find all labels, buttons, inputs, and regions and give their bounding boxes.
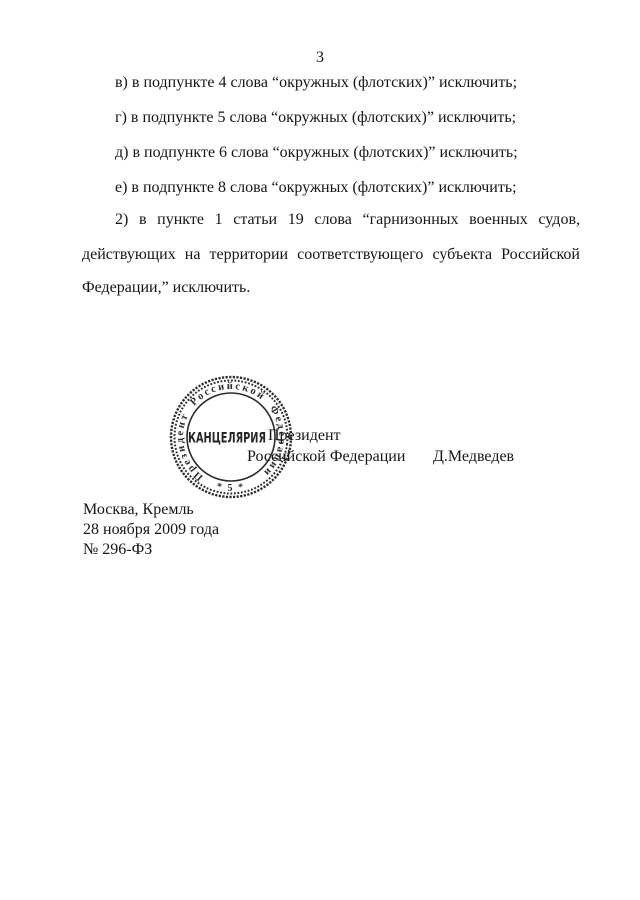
page-number: 3 xyxy=(0,48,640,68)
document-page: 3 в) в подпункте 4 слова “окружных (флот… xyxy=(0,0,640,900)
stamp-bottom-text: * 5 * xyxy=(215,481,246,494)
footer-place: Москва, Кремль xyxy=(83,500,219,520)
footer-date: 28 ноября 2009 года xyxy=(83,520,219,540)
signature-name: Д.Медведев xyxy=(433,447,514,467)
signature-title-line2: Российской Федерации xyxy=(247,447,405,467)
law-subitem-e: е) в подпункте 8 слова “окружных (флотск… xyxy=(115,178,517,198)
paragraph2-line3: Федерации,” исключить. xyxy=(82,278,580,298)
paragraph2-line2: действующих на территории соответствующе… xyxy=(82,245,580,265)
signature-title-line1: Президент xyxy=(268,426,341,446)
law-subitem-g: г) в подпункте 5 слова “окружных (флотск… xyxy=(115,108,516,128)
law-subitem-v: в) в подпункте 4 слова “окружных (флотск… xyxy=(115,73,517,93)
paragraph2-line1: 2) в пункте 1 статьи 19 слова “гарнизонн… xyxy=(82,210,580,230)
footer-block: Москва, Кремль 28 ноября 2009 года № 296… xyxy=(83,500,219,560)
stamp-center-text: КАНЦЕЛЯРИЯ xyxy=(188,431,266,447)
law-subitem-d: д) в подпункте 6 слова “окружных (флотск… xyxy=(115,143,518,163)
footer-number: № 296-ФЗ xyxy=(83,540,219,560)
